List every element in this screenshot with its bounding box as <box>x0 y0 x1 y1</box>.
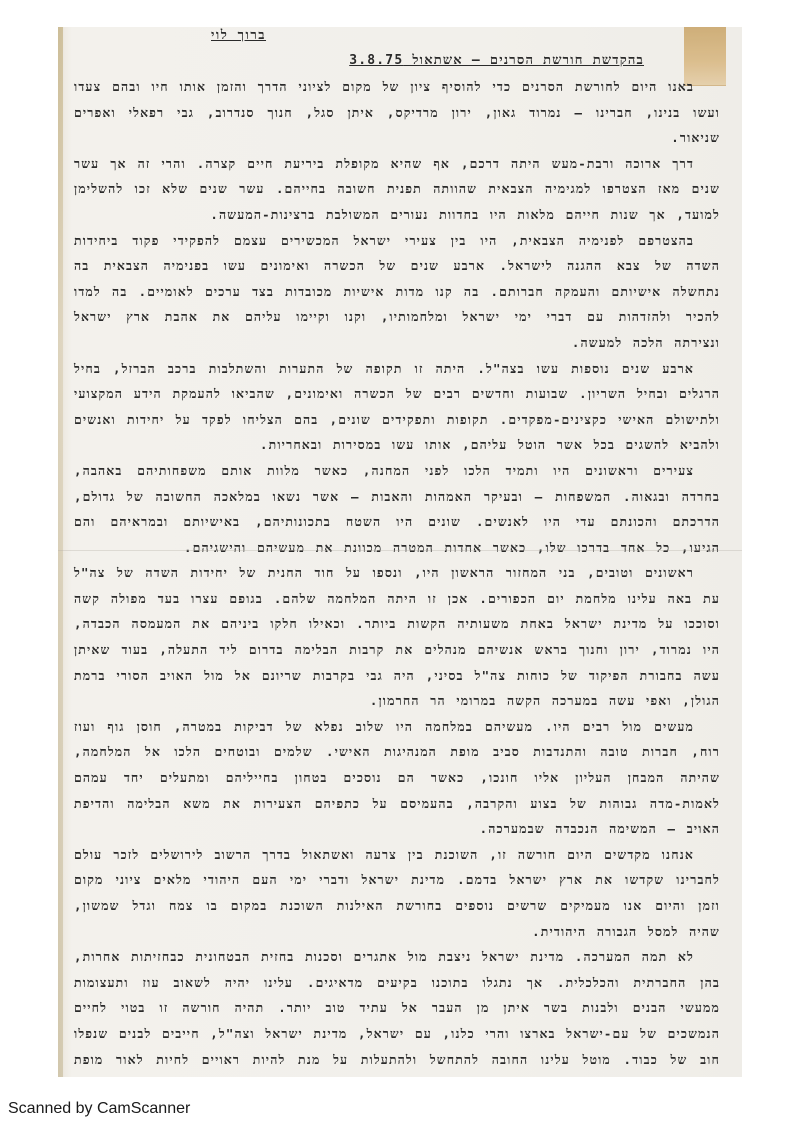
author-name: ברוך לוי <box>211 27 266 43</box>
camscanner-watermark: Scanned by CamScanner <box>8 1100 190 1118</box>
paragraph-2: דרך ארוכה ורבת-מעש היתה דרכם, אף שהיא מק… <box>74 151 720 228</box>
paragraph-9: לא תמה המערכה. מדינת ישראל ניצבת מול אתג… <box>74 944 720 1077</box>
paragraph-3: בהצטרפם לפנימיה הצבאית, היו בין צעירי יש… <box>74 228 720 356</box>
scanned-page: ברוך לוי בהקדשת חורשת הסרנים – אשתאול 3.… <box>58 27 742 1077</box>
paragraph-6: ראשונים וטובים, בני המחזור הראשון היו, ו… <box>74 560 720 714</box>
paragraph-7: מעשים מול רבים היו. מעשיהם במלחמה היו של… <box>74 714 720 842</box>
document-title: בהקדשת חורשת הסרנים – אשתאול 3.8.75 <box>349 52 644 68</box>
paragraph-8: אנחנו מקדשים היום חורשה זו, השוכנת בין צ… <box>74 842 720 944</box>
paragraph-5: צעירים וראשונים היו ותמיד הלכו לפני המחנ… <box>74 458 720 560</box>
paragraph-1: באנו היום לחורשת הסרנים כדי להוסיף ציון … <box>74 74 720 151</box>
paragraph-4: ארבע שנים נוספות עשו בצה"ל. היתה זו תקופ… <box>74 356 720 458</box>
document-body: באנו היום לחורשת הסרנים כדי להוסיף ציון … <box>74 74 720 1077</box>
page-crease <box>58 550 742 551</box>
